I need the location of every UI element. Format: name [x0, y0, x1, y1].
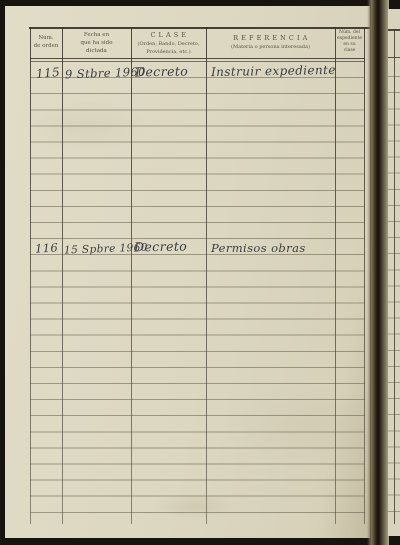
header-text: clase — [335, 48, 364, 54]
column-header-referencia: R E F E R E N C I A (Materia o persona i… — [206, 34, 335, 52]
adjacent-row-ruling — [388, 61, 400, 513]
header-text: Fecha en — [62, 32, 131, 40]
scanned-register-page: Núm. de orden Fecha en que ha sido dicta… — [0, 0, 400, 545]
book-gutter-shadow — [367, 0, 389, 545]
column-header-fecha: Fecha en que ha sido dictada — [62, 32, 131, 56]
column-header-clase: C L A S E (Orden, Bando, Decreto, Provid… — [131, 31, 206, 56]
header-text: de orden — [30, 43, 62, 51]
entry-115-fecha: 9 Stbre 1960 — [65, 65, 146, 82]
table-top-border — [29, 27, 373, 29]
header-text: Providencia, etc.) — [131, 49, 206, 56]
entry-116-clase: Decreto — [134, 239, 187, 255]
header-text: dictada — [62, 48, 131, 56]
column-header-expediente: Núm. del expediente en su clase — [335, 30, 364, 54]
row-ruling — [30, 62, 365, 514]
entry-115-num: 115 — [35, 65, 60, 81]
entry-115-referencia: Instruir expediente — [211, 63, 336, 79]
adjacent-page-edge — [388, 9, 400, 536]
register-page: Núm. de orden Fecha en que ha sido dicta… — [5, 6, 370, 538]
entry-116-num: 116 — [35, 240, 59, 255]
entry-116-referencia: Permisos obras — [211, 241, 306, 255]
header-text: (Materia o persona interesada) — [206, 44, 335, 51]
header-text: R E F E R E N C I A — [206, 34, 335, 43]
header-bottom-rule — [30, 58, 365, 59]
header-text: C L A S E — [131, 31, 206, 40]
header-text: que ha sido — [62, 40, 131, 48]
column-header-num: Núm. de orden — [30, 35, 62, 51]
entry-115-clase: Decreto — [135, 64, 188, 80]
header-text: (Orden, Bando, Decreto, — [131, 41, 206, 48]
header-text: Núm. — [30, 35, 62, 43]
